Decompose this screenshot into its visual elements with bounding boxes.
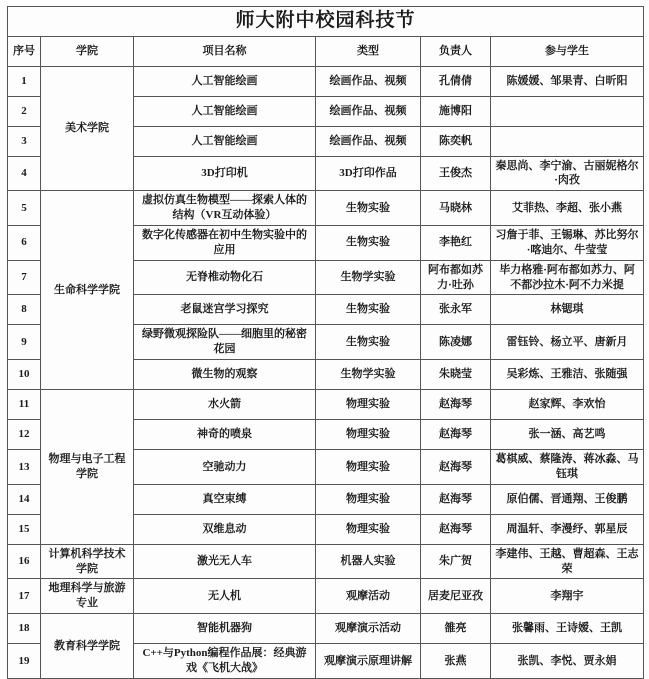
header-college: 学院: [41, 36, 134, 66]
cell-students: 林锶琪: [491, 295, 644, 325]
cell-leader: 陈凌娜: [421, 325, 491, 360]
cell-no: 16: [8, 544, 41, 579]
header-project: 项目名称: [134, 36, 316, 66]
table-row: 18教育科学学院智能机器狗观摩演示活动雒亮张馨雨、王诗嫒、王凯: [8, 614, 644, 644]
cell-project: 双维息动: [134, 514, 316, 544]
cell-no: 2: [8, 96, 41, 126]
cell-project: 无人机: [134, 579, 316, 614]
cell-leader: 居麦尼亚孜: [421, 579, 491, 614]
cell-project: 3D打印机: [134, 156, 316, 191]
cell-no: 19: [8, 644, 41, 679]
cell-no: 9: [8, 325, 41, 360]
cell-project: 数字化传感器在初中生物实验中的应用: [134, 226, 316, 261]
cell-students: 李建伟、王越、曹超森、王志荣: [491, 544, 644, 579]
cell-project: 真空束缚: [134, 484, 316, 514]
cell-students: 秦思尚、李宁渝、古丽妮格尔·肉孜: [491, 156, 644, 191]
cell-students: 李翔宇: [491, 579, 644, 614]
cell-project: 无脊椎动物化石: [134, 260, 316, 295]
cell-college: 生命科学学院: [41, 191, 134, 390]
cell-leader: 朱广贺: [421, 544, 491, 579]
table-row: 17地理科学与旅游专业无人机观摩活动居麦尼亚孜李翔宇: [8, 579, 644, 614]
cell-type: 生物学实验: [316, 260, 421, 295]
cell-leader: 李艳红: [421, 226, 491, 261]
cell-leader: 赵海琴: [421, 420, 491, 450]
cell-project: 智能机器狗: [134, 614, 316, 644]
cell-no: 6: [8, 226, 41, 261]
cell-students: 原伯儒、晋通翔、王俊鹏: [491, 484, 644, 514]
cell-students: 周温轩、李漫纾、郭星辰: [491, 514, 644, 544]
cell-project: 水火箭: [134, 390, 316, 420]
cell-leader: 赵海琴: [421, 484, 491, 514]
cell-students: [491, 96, 644, 126]
cell-type: 观摩活动: [316, 579, 421, 614]
cell-students: 习詹于菲、王锡琳、苏比努尔·喀迪尔、牛莹莹: [491, 226, 644, 261]
table-row: 5生命科学学院虚拟仿真生物模型——探索人体的结构（VR互动体验）生物实验马晓林艾…: [8, 191, 644, 226]
cell-type: 物理实验: [316, 420, 421, 450]
cell-no: 3: [8, 126, 41, 156]
cell-no: 8: [8, 295, 41, 325]
cell-project: C++与Python编程作品展：经典游戏《飞机大战》: [134, 644, 316, 679]
cell-type: 物理实验: [316, 450, 421, 485]
cell-students: 张一涵、高艺鸣: [491, 420, 644, 450]
cell-type: 物理实验: [316, 514, 421, 544]
cell-type: 3D打印作品: [316, 156, 421, 191]
cell-no: 5: [8, 191, 41, 226]
cell-type: 生物实验: [316, 226, 421, 261]
cell-students: 葛棋威、蔡隆涛、蒋冰淼、马钰琪: [491, 450, 644, 485]
cell-college: 计算机科学技术学院: [41, 544, 134, 579]
cell-students: [491, 126, 644, 156]
cell-students: 陈媛媛、邹果青、白昕阳: [491, 66, 644, 96]
cell-type: 生物实验: [316, 191, 421, 226]
cell-type: 物理实验: [316, 390, 421, 420]
header-leader: 负责人: [421, 36, 491, 66]
header-no: 序号: [8, 36, 41, 66]
cell-leader: 孔倩倩: [421, 66, 491, 96]
cell-leader: 施博阳: [421, 96, 491, 126]
cell-no: 10: [8, 360, 41, 390]
cell-leader: 马晓林: [421, 191, 491, 226]
cell-students: 张凯、李悦、贾永娟: [491, 644, 644, 679]
cell-no: 13: [8, 450, 41, 485]
cell-leader: 王俊杰: [421, 156, 491, 191]
cell-no: 18: [8, 614, 41, 644]
cell-type: 绘画作品、视频: [316, 126, 421, 156]
science-festival-table: 师大附中校园科技节 序号 学院 项目名称 类型 负责人 参与学生 1美术学院人工…: [7, 6, 644, 679]
cell-leader: 雒亮: [421, 614, 491, 644]
header-row: 序号 学院 项目名称 类型 负责人 参与学生: [8, 36, 644, 66]
cell-leader: 张永军: [421, 295, 491, 325]
cell-students: 艾菲热、李超、张小燕: [491, 191, 644, 226]
cell-project: 人工智能绘画: [134, 126, 316, 156]
cell-type: 物理实验: [316, 484, 421, 514]
cell-college: 美术学院: [41, 66, 134, 191]
cell-no: 15: [8, 514, 41, 544]
table-row: 1美术学院人工智能绘画绘画作品、视频孔倩倩陈媛媛、邹果青、白昕阳: [8, 66, 644, 96]
cell-leader: 朱晓莹: [421, 360, 491, 390]
cell-project: 虚拟仿真生物模型——探索人体的结构（VR互动体验）: [134, 191, 316, 226]
cell-type: 观摩演示原理讲解: [316, 644, 421, 679]
cell-college: 地理科学与旅游专业: [41, 579, 134, 614]
cell-type: 绘画作品、视频: [316, 66, 421, 96]
document-page: 师大附中校园科技节 序号 学院 项目名称 类型 负责人 参与学生 1美术学院人工…: [7, 6, 643, 679]
table-row: 16计算机科学技术学院激光无人车机器人实验朱广贺李建伟、王越、曹超森、王志荣: [8, 544, 644, 579]
cell-project: 老鼠迷宫学习探究: [134, 295, 316, 325]
cell-leader: 赵海琴: [421, 514, 491, 544]
cell-type: 观摩演示活动: [316, 614, 421, 644]
cell-no: 14: [8, 484, 41, 514]
cell-college: 物理与电子工程学院: [41, 390, 134, 545]
cell-type: 生物实验: [316, 325, 421, 360]
cell-students: 张馨雨、王诗嫒、王凯: [491, 614, 644, 644]
cell-students: 毕力格雅·阿布都如苏力、阿不都沙拉木·阿不力米提: [491, 260, 644, 295]
cell-project: 微生物的观察: [134, 360, 316, 390]
cell-leader: 赵海琴: [421, 390, 491, 420]
cell-leader: 张燕: [421, 644, 491, 679]
cell-no: 7: [8, 260, 41, 295]
cell-students: 雷钰铃、杨立平、唐新月: [491, 325, 644, 360]
cell-no: 11: [8, 390, 41, 420]
cell-type: 机器人实验: [316, 544, 421, 579]
cell-project: 人工智能绘画: [134, 96, 316, 126]
cell-project: 空驰动力: [134, 450, 316, 485]
cell-college: 教育科学学院: [41, 614, 134, 679]
cell-no: 1: [8, 66, 41, 96]
cell-leader: 赵海琴: [421, 450, 491, 485]
cell-leader: 阿布都如苏力·吐孙: [421, 260, 491, 295]
table-body: 1美术学院人工智能绘画绘画作品、视频孔倩倩陈媛媛、邹果青、白昕阳2人工智能绘画绘…: [8, 66, 644, 678]
cell-type: 生物实验: [316, 295, 421, 325]
cell-project: 绿野微观探险队——细胞里的秘密花园: [134, 325, 316, 360]
table-row: 11物理与电子工程学院水火箭物理实验赵海琴赵家辉、李欢怡: [8, 390, 644, 420]
cell-no: 17: [8, 579, 41, 614]
cell-students: 赵家辉、李欢怡: [491, 390, 644, 420]
cell-students: 吴彩炼、王雅洁、张随强: [491, 360, 644, 390]
cell-project: 神奇的喷泉: [134, 420, 316, 450]
cell-project: 激光无人车: [134, 544, 316, 579]
header-type: 类型: [316, 36, 421, 66]
cell-type: 生物学实验: [316, 360, 421, 390]
header-students: 参与学生: [491, 36, 644, 66]
cell-leader: 陈奕帆: [421, 126, 491, 156]
cell-project: 人工智能绘画: [134, 66, 316, 96]
page-title: 师大附中校园科技节: [8, 7, 644, 37]
title-row: 师大附中校园科技节: [8, 7, 644, 37]
cell-no: 12: [8, 420, 41, 450]
cell-no: 4: [8, 156, 41, 191]
cell-type: 绘画作品、视频: [316, 96, 421, 126]
